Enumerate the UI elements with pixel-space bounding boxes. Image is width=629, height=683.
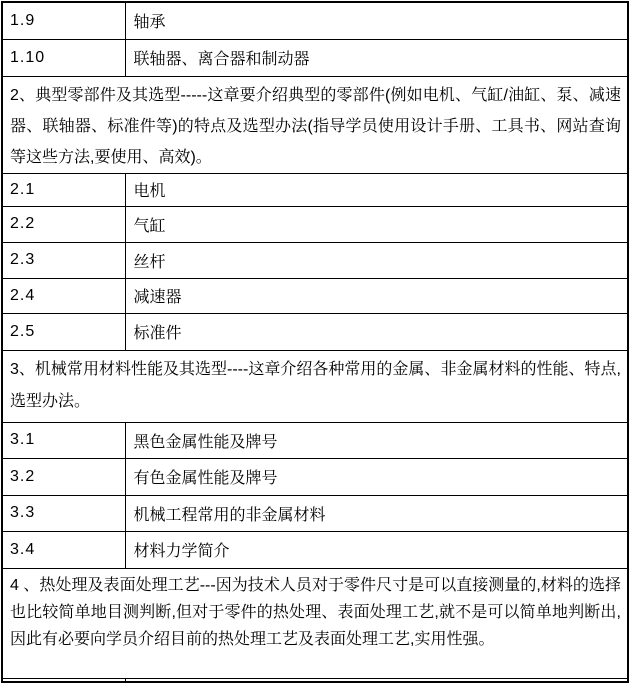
chapter-title-cell: 机械工程常用的非金属材料	[125, 495, 628, 531]
chapter-number-cell: 2.1	[2, 173, 125, 206]
document-page: { "colors": { "border": "#000000", "text…	[0, 0, 629, 683]
chapter-title-cell	[125, 678, 628, 682]
table-row: 3.2 有色金属性能及牌号	[2, 458, 628, 495]
chapter-title-cell: 材料力学简介	[125, 531, 628, 568]
section-text-cell: 3、机械常用材料性能及其选型----这章介绍各种常用的金属、非金属材料的性能、特…	[2, 350, 628, 422]
section-text-cell: 2、典型零部件及其选型-----这章要介绍典型的零部件(例如电机、气缸/油缸、泵…	[2, 76, 628, 173]
table-row-partial	[2, 678, 628, 682]
chapter-title-cell: 联轴器、离合器和制动器	[125, 39, 628, 76]
chapter-title-cell: 电机	[125, 173, 628, 206]
chapter-number-cell: 3.1	[2, 422, 125, 458]
chapter-number-cell: 1.9	[2, 2, 125, 39]
table-row: 2.3 丝杆	[2, 242, 628, 278]
table-row: 3.4 材料力学简介	[2, 531, 628, 568]
chapter-title-cell: 丝杆	[125, 242, 628, 278]
table-row: 1.9 轴承	[2, 2, 628, 39]
chapter-title-cell: 标准件	[125, 313, 628, 350]
table-row: 3.1 黑色金属性能及牌号	[2, 422, 628, 458]
chapter-number-cell: 3.2	[2, 458, 125, 495]
chapter-number-cell: 1.10	[2, 39, 125, 76]
chapter-title-cell: 减速器	[125, 278, 628, 313]
table-row: 2.1 电机	[2, 173, 628, 206]
course-outline-table: 1.9 轴承 1.10 联轴器、离合器和制动器 2、典型零部件及其选型-----…	[1, 1, 629, 683]
section-text-cell: 4 、热处理及表面处理工艺---因为技术人员对于零件尺寸是可以直接测量的,材料的…	[2, 568, 628, 678]
chapter-title-cell: 轴承	[125, 2, 628, 39]
section-row: 2、典型零部件及其选型-----这章要介绍典型的零部件(例如电机、气缸/油缸、泵…	[2, 76, 628, 173]
chapter-number-cell: 2.5	[2, 313, 125, 350]
chapter-number-cell: 3.3	[2, 495, 125, 531]
chapter-title-cell: 黑色金属性能及牌号	[125, 422, 628, 458]
chapter-number-cell: 2.3	[2, 242, 125, 278]
chapter-number-cell	[2, 678, 125, 682]
chapter-number-cell: 3.4	[2, 531, 125, 568]
chapter-number-cell: 2.2	[2, 206, 125, 242]
table-row: 1.10 联轴器、离合器和制动器	[2, 39, 628, 76]
table-row: 3.3 机械工程常用的非金属材料	[2, 495, 628, 531]
table-row: 2.4 减速器	[2, 278, 628, 313]
table-row: 2.5 标准件	[2, 313, 628, 350]
table-row: 2.2 气缸	[2, 206, 628, 242]
section-row: 4 、热处理及表面处理工艺---因为技术人员对于零件尺寸是可以直接测量的,材料的…	[2, 568, 628, 678]
chapter-title-cell: 气缸	[125, 206, 628, 242]
section-row: 3、机械常用材料性能及其选型----这章介绍各种常用的金属、非金属材料的性能、特…	[2, 350, 628, 422]
chapter-number-cell: 2.4	[2, 278, 125, 313]
chapter-title-cell: 有色金属性能及牌号	[125, 458, 628, 495]
